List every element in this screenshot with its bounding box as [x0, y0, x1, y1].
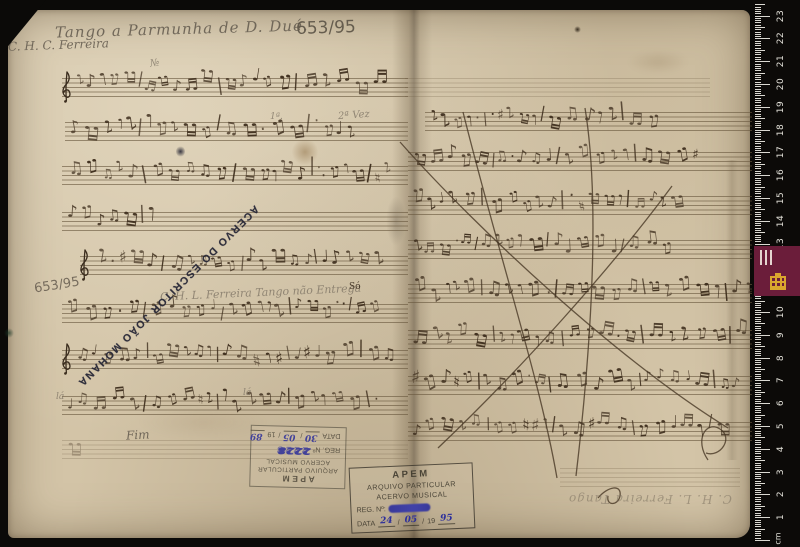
ruler-tick	[755, 198, 770, 199]
note-glyph: |	[553, 147, 562, 165]
ruler-tick	[755, 396, 761, 397]
note-glyph: ♩	[695, 419, 705, 437]
note-glyph: ♬	[183, 77, 199, 95]
ruler-tick	[755, 399, 761, 400]
ruler-tick	[755, 380, 770, 381]
note-glyph: ♫	[676, 273, 694, 292]
note-glyph: ♬	[143, 79, 158, 95]
note-glyph: ♫	[608, 285, 624, 302]
note-glyph: ♬	[411, 329, 429, 349]
note-glyph: ♫	[234, 343, 251, 362]
ruler-label: 14	[776, 212, 786, 230]
note-glyph: ♫	[99, 304, 115, 321]
note-glyph: ♫	[635, 421, 652, 439]
note-glyph: |	[552, 279, 560, 298]
note-glyph: ♯	[302, 345, 312, 363]
note-glyph: ♫	[733, 318, 751, 338]
ruler-tick	[755, 367, 761, 368]
note-glyph: ♪	[610, 146, 619, 160]
note-glyph: ♪	[320, 69, 333, 88]
ruler-label: 9	[776, 326, 786, 344]
note-glyph: ♪	[514, 149, 528, 168]
note-glyph: ♩	[320, 391, 328, 406]
ruler-tick	[755, 221, 770, 222]
ruler-tick	[755, 214, 761, 215]
ruler-tick	[755, 378, 761, 379]
ruler-tick	[755, 189, 761, 190]
note-glyph: ♫	[594, 150, 607, 165]
ruler-tick	[755, 228, 761, 229]
apem-stamp: APEM ARQUIVO PARTICULAR ACERVO MUSICAL R…	[349, 462, 476, 533]
note-glyph: ♫	[212, 164, 229, 182]
note-glyph: ♬	[596, 410, 612, 428]
photographic-ruler: 1234567891011121314151617181920212223cm	[752, 0, 800, 547]
ruler-label: 5	[776, 417, 786, 435]
catalog-number-side: 653/95	[33, 275, 81, 297]
ruler-tick	[755, 515, 761, 516]
note-glyph: ♬	[423, 242, 436, 256]
note-glyph: ♪	[171, 79, 182, 95]
music-notes: ♪♬♬·♬|♫♪♫♩♬|♪♩♬♫♩|♫♫♫	[410, 231, 755, 269]
note-glyph: ♬	[716, 420, 731, 437]
note-glyph: ♬	[223, 75, 238, 91]
ruler-tick	[755, 351, 761, 352]
note-glyph: ♩	[533, 332, 541, 347]
date-day: 30	[305, 431, 319, 442]
note-glyph: ♯	[692, 149, 699, 163]
ruler-tick	[755, 303, 761, 304]
note-glyph: ♫	[321, 346, 340, 366]
ruler-tick	[755, 481, 761, 482]
note-glyph: ♯	[452, 373, 461, 389]
date-label: DATA	[357, 519, 375, 529]
note-glyph: |	[558, 190, 565, 209]
note-glyph: ♫	[165, 390, 180, 406]
note-glyph: ♬	[694, 278, 711, 297]
note-glyph: ♬	[545, 111, 563, 130]
note-glyph: ♫	[624, 276, 640, 293]
note-glyph: ♫	[553, 372, 572, 393]
note-glyph: ♪	[373, 247, 386, 266]
note-glyph: |	[141, 393, 149, 410]
ruler-tick	[755, 25, 761, 26]
ruler-label: 6	[776, 394, 786, 412]
ruler-tick	[755, 13, 761, 14]
ruler-tick	[755, 355, 761, 356]
ruler-tick	[755, 358, 770, 359]
note-glyph: ♫	[125, 297, 143, 316]
ruler-tick	[755, 239, 761, 240]
note-glyph: ♬	[334, 67, 352, 86]
note-glyph: ♩	[669, 415, 678, 433]
ruler-tick	[755, 442, 761, 443]
note-glyph: ♫	[627, 234, 641, 250]
note-glyph: ♫	[520, 198, 534, 214]
ruler-tick	[755, 27, 765, 28]
ruler-tick	[755, 105, 761, 106]
note-glyph: ♩	[220, 385, 229, 402]
ruler-tick	[755, 323, 765, 324]
note-glyph: ♩	[67, 398, 74, 412]
note-glyph: ♪	[592, 376, 605, 395]
note-glyph: ♪	[429, 106, 439, 121]
note-glyph: ♫	[460, 369, 474, 385]
note-glyph: ♪	[67, 119, 81, 138]
ruler-tick	[755, 29, 761, 30]
first-time-mark: 1ª.	[270, 112, 283, 122]
note-glyph: ♫	[149, 394, 164, 410]
note-glyph: ♪	[458, 416, 468, 430]
note-glyph: ·	[116, 300, 124, 319]
note-glyph: ♩	[145, 110, 154, 128]
ruler-tick	[755, 244, 770, 245]
note-glyph: ♬	[270, 245, 287, 264]
ruler-tick	[755, 193, 761, 194]
ruler-tick	[755, 219, 761, 220]
ruler-tick	[755, 155, 761, 156]
note-glyph: ♫	[570, 420, 588, 440]
ruler-label: 20	[776, 75, 786, 93]
note-glyph: ♫	[292, 392, 308, 409]
ruler-tick	[755, 337, 761, 338]
note-glyph: ♪	[128, 392, 142, 411]
note-glyph: ·	[341, 296, 346, 313]
note-glyph: ♬	[437, 240, 453, 257]
note-glyph: ♬	[306, 297, 320, 312]
ruler-tick	[755, 196, 761, 197]
note-glyph: ·	[374, 390, 379, 405]
note-glyph: ♬	[123, 68, 137, 83]
treble-clef-icon	[60, 70, 73, 110]
ruler-tick	[755, 431, 761, 432]
ruler-tick	[755, 18, 761, 19]
note-glyph: ♫	[275, 71, 294, 92]
note-glyph: ♬	[356, 248, 372, 265]
note-glyph: ♬	[628, 111, 644, 128]
ruler-tick	[755, 209, 765, 210]
music-staff: ♪♫♬♪♫|♫♫♯♯♩|♪♫♯♬♫|♫♫♩♬♩|♬	[408, 422, 753, 441]
ruler-tick	[755, 335, 770, 336]
note-glyph: ♬	[67, 438, 83, 456]
note-glyph: ♬	[156, 72, 170, 87]
note-glyph: ♬	[527, 233, 545, 253]
ruler-tick	[755, 11, 761, 12]
ruler-tick	[755, 141, 765, 142]
note-glyph: |	[159, 255, 166, 271]
note-glyph: ♬	[590, 281, 608, 301]
note-glyph: ♫	[340, 338, 357, 357]
note-glyph: ♬	[517, 109, 531, 125]
note-glyph: ♪	[678, 321, 693, 342]
ruler-tick	[755, 499, 761, 500]
ruler-tick	[755, 168, 761, 169]
note-glyph: ♩	[712, 280, 722, 299]
note-glyph: ♪	[131, 348, 142, 363]
note-glyph: ·	[321, 167, 327, 183]
ruler-tick	[755, 501, 761, 502]
note-glyph: ♪	[85, 73, 97, 91]
note-glyph: ♩	[263, 349, 272, 364]
ruler-tick	[755, 326, 761, 327]
note-glyph: |	[140, 165, 149, 184]
ruler-tick	[755, 132, 761, 133]
note-glyph: ♪	[440, 368, 453, 388]
note-glyph: |	[479, 278, 485, 294]
ruler-tick	[755, 86, 761, 87]
note-glyph: |	[544, 232, 550, 247]
note-glyph: ♪	[662, 280, 675, 298]
ruler-tick	[755, 212, 761, 213]
note-glyph: ♫	[639, 147, 656, 166]
note-glyph: ♪	[412, 424, 423, 440]
ruler-tick	[755, 150, 761, 151]
note-glyph: ♪	[656, 368, 665, 382]
ruler-tick	[755, 225, 761, 226]
ruler-tick	[755, 531, 761, 532]
note-glyph: ♪	[503, 279, 515, 295]
reg-number-scribble: 2228	[277, 444, 310, 455]
apem-stamp-inverted: APEM ARQUIVO PARTICULAR ACERVO MUSICAL R…	[249, 425, 347, 489]
note-glyph: ♫	[256, 165, 272, 182]
note-glyph: ♪	[545, 194, 558, 212]
music-notes: ♫♩♫♫♪|♬♬♪♫♩|♪♫♯♩♯|♩♯♩♫♫|♫♫	[76, 341, 422, 379]
note-glyph: ♬	[354, 77, 370, 95]
note-glyph: ♪	[245, 247, 257, 266]
music-notes: ♯♫♪♯♫|♪♫♫·♬|♫♫♪♬♪|♪♪♫♩♬|♫♪	[410, 367, 755, 405]
note-glyph: ♬	[597, 319, 617, 340]
ruler-tick	[755, 241, 761, 242]
ruler-tick	[755, 143, 761, 144]
building-icon	[768, 272, 788, 292]
note-glyph: ♪	[482, 370, 493, 386]
ruler-label: 23	[776, 7, 786, 25]
ruler-tick	[755, 453, 761, 454]
note-glyph: ♪	[272, 298, 287, 318]
scanned-manuscript-canvas: ♪♪♩♫♬|♬♬♪♬♬|♬♪♩♫♫|♬♪♬♬♬♪♬♪♩♪|♩♫♪♬♫|♫♬·♫♬…	[0, 0, 800, 547]
note-glyph: ♫	[287, 254, 301, 269]
note-glyph: ♫	[78, 203, 94, 220]
note-glyph: ♩	[564, 237, 574, 256]
ruler-tick	[755, 180, 761, 181]
note-glyph: ♬	[110, 385, 126, 403]
note-glyph: ♬	[278, 156, 295, 175]
note-glyph: ♪	[446, 186, 458, 204]
ruler-tick	[755, 408, 761, 409]
ruler-tick	[755, 98, 761, 99]
note-glyph: ♪	[429, 284, 442, 303]
date-century: 19	[267, 430, 275, 439]
ruler-tick	[755, 111, 761, 112]
ruler-tick	[755, 492, 761, 493]
ruler-tick	[755, 524, 761, 525]
ruler-tick	[755, 485, 761, 486]
author-name: C. H. C. Ferreira	[8, 36, 109, 54]
note-glyph: ♫	[485, 280, 503, 300]
note-glyph: ♬	[412, 150, 428, 167]
note-glyph: ·	[475, 109, 480, 125]
note-glyph: ♪	[643, 370, 652, 384]
note-glyph: ♬	[605, 363, 625, 384]
note-glyph: ♫	[65, 297, 80, 314]
ruler-tick	[755, 130, 770, 131]
note-glyph: |	[632, 143, 639, 161]
ruler-tick	[755, 467, 761, 468]
ruler-tick	[755, 123, 761, 124]
music-staff: ♬♬♪♫♬|♫·♪♫♩|♪♫♫♪♩|♫♬♫♯	[408, 152, 753, 171]
flipped-signature: C. H. L. Ferreira Tango	[568, 492, 732, 506]
note-glyph: ·	[545, 283, 552, 300]
note-glyph: ♪	[170, 117, 179, 131]
note-glyph: ♪	[114, 158, 124, 172]
ruler-tick	[755, 374, 761, 375]
note-glyph: ♫	[194, 303, 207, 317]
note-glyph: ♬	[164, 338, 182, 358]
second-time-mark: 2ª Vez	[338, 109, 370, 122]
note-glyph: ·	[567, 184, 576, 203]
ruler-tick	[755, 34, 761, 35]
note-glyph: ♩	[542, 415, 550, 430]
ruler-label: 16	[776, 166, 786, 184]
ruler-tick	[755, 82, 761, 83]
note-glyph: ♫	[320, 304, 334, 319]
ruler-tick	[755, 421, 761, 422]
ruler-tick	[755, 32, 761, 33]
ruler-tick	[755, 483, 765, 484]
note-glyph: ♩	[610, 238, 620, 257]
ruler-tick	[755, 102, 761, 103]
ruler-tick	[755, 48, 761, 49]
ruler-tick	[755, 529, 765, 530]
note-glyph: ♬	[288, 120, 306, 140]
ruler-tick	[755, 159, 761, 160]
ruler-tick	[755, 497, 761, 498]
ruler-tick	[755, 41, 761, 42]
note-glyph: ♬	[198, 66, 215, 84]
note-glyph: ♬	[471, 329, 490, 349]
ruler-tick	[755, 173, 761, 174]
note-glyph: |	[550, 415, 558, 432]
music-staff	[560, 468, 740, 487]
note-glyph: ♫	[222, 120, 240, 139]
patch-text-line	[765, 250, 767, 265]
ruler-tick	[755, 412, 761, 413]
ruler-tick	[755, 152, 770, 153]
note-glyph: ♬	[182, 119, 198, 137]
ruler-tick	[755, 162, 761, 163]
patch-text-line	[770, 250, 772, 265]
note-glyph: |	[358, 340, 364, 358]
note-glyph: ♯	[588, 416, 596, 432]
ruler-tick	[755, 538, 761, 539]
note-glyph: ♯	[251, 349, 262, 368]
music-staff: ♪♪♫♩·|·♯♪♬♩|♬♫♪♩♪|♬♫	[425, 112, 753, 131]
ruler-tick	[755, 533, 761, 534]
ruler-tick	[755, 301, 765, 302]
note-glyph: ♪	[445, 144, 458, 163]
date-day: 24	[378, 516, 395, 528]
ruler-label: 19	[776, 98, 786, 116]
date-month: 05	[402, 515, 419, 527]
note-glyph: ♫	[106, 70, 122, 87]
note-glyph: ♫	[67, 160, 84, 179]
note-glyph: ♫	[347, 393, 363, 411]
ruler-tick	[755, 134, 761, 135]
ruler-tick	[755, 70, 761, 71]
note-glyph: ♫	[493, 374, 510, 392]
note-glyph: ♬	[180, 385, 198, 404]
note-glyph: ♬	[428, 148, 446, 167]
reg-number-scribble	[389, 503, 431, 513]
note-glyph: ♫	[563, 105, 581, 124]
music-notes	[407, 69, 712, 107]
note-glyph: ♫	[469, 413, 483, 429]
ruler-tick	[755, 43, 761, 44]
note-glyph: |	[710, 370, 718, 389]
note-glyph: ♪	[534, 192, 545, 209]
ruler-tick	[755, 16, 770, 17]
ruler-tick	[755, 369, 765, 370]
note-glyph: ♯	[577, 197, 586, 212]
note-glyph: ♬	[634, 198, 646, 211]
ruler-tick	[755, 447, 761, 448]
note-glyph: ♪	[66, 204, 78, 221]
note-glyph: ♪	[558, 421, 569, 438]
ruler-tick	[755, 109, 761, 110]
ruler-tick	[755, 9, 761, 10]
ruler-tick	[755, 317, 761, 318]
ruler-tick	[755, 419, 761, 420]
note-glyph: ♬	[587, 190, 601, 206]
note-glyph: ♬	[655, 146, 673, 165]
note-glyph: ♫	[575, 141, 591, 159]
music-notes: ♬	[64, 431, 410, 469]
note-glyph: ♫	[461, 275, 479, 295]
note-glyph: ♯	[273, 349, 283, 367]
ruler-tick	[755, 84, 770, 85]
note-glyph: ♩	[595, 108, 606, 125]
ruler-tick	[755, 494, 770, 495]
ruler-tick	[755, 121, 761, 122]
note-glyph: |	[482, 113, 488, 127]
ruler-tick	[755, 232, 765, 233]
note-glyph: ♫	[423, 415, 438, 431]
ruler-tick	[755, 93, 761, 94]
archive-logo-patch	[754, 246, 800, 296]
note-glyph: |	[479, 188, 486, 206]
note-glyph: ♫	[505, 420, 519, 436]
music-notes: ♪♪♩♫♬|♬♬♪♬♬|♬♪♩♫♫|♬♪♬♬♬	[76, 69, 422, 107]
note-glyph: ♬	[692, 370, 711, 390]
ruler-label: 1	[776, 508, 786, 526]
ruler-tick	[755, 504, 761, 505]
ruler-tick	[755, 125, 761, 126]
treble-clef-icon	[78, 248, 91, 288]
ruler-label: 22	[776, 29, 786, 47]
ruler-tick	[755, 118, 765, 119]
ruler-tick	[755, 182, 761, 183]
note-glyph: ♫	[507, 366, 526, 387]
note-glyph: ♪	[95, 213, 106, 229]
ruler-tick	[755, 73, 765, 74]
ruler-tick	[755, 344, 761, 345]
fim-mark: Fim	[126, 427, 150, 442]
ruler-label: 7	[776, 371, 786, 389]
note-glyph: ♬	[603, 191, 617, 206]
ruler-tick	[755, 310, 761, 311]
ruler-tick	[755, 508, 761, 509]
date-century: 19	[427, 516, 435, 525]
note-glyph: ♪	[230, 394, 243, 413]
